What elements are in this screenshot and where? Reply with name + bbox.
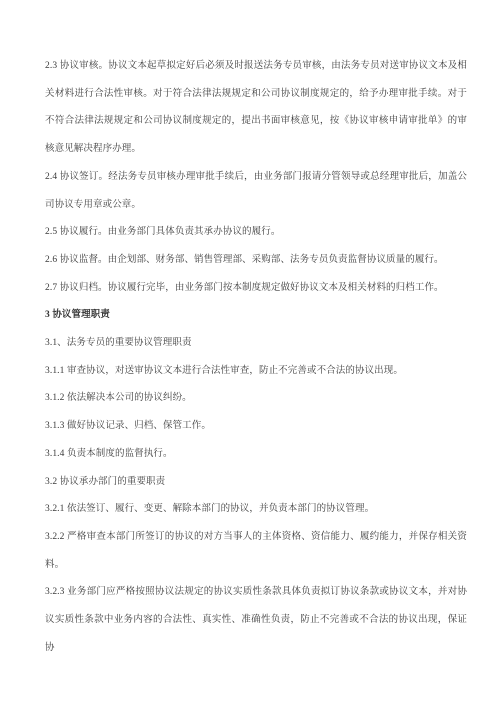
paragraph-3-2-2: 3.2.2 严格审查本部门所签订的协议的对方当事人的主体资格、资信能力、履约能力… <box>45 524 467 579</box>
paragraph-2-7: 2.7 协议归档。协议履行完毕，由业务部门按本制度规定做好协议文本及相关材料的归… <box>45 275 467 303</box>
paragraph-3-1-1: 3.1.1 审查协议，对送审协议文本进行合法性审查，防止不完善或不合法的协议出现… <box>45 358 467 386</box>
paragraph-2-4: 2.4 协议签订。经法务专员审核办理审批手续后，由业务部门报请分管领导或总经理审… <box>45 164 467 219</box>
paragraph-3-2-3: 3.2.3 业务部门应严格按照协议法规定的协议实质性条款具体负责拟订协议条款或协… <box>45 579 467 662</box>
paragraph-2-5: 2.5 协议履行。由业务部门具体负责其承办协议的履行。 <box>45 219 467 247</box>
document-content: 2.3 协议审核。协议文本起草拟定好后必须及时报送法务专员审核，由法务专员对送审… <box>45 53 467 662</box>
paragraph-3-2: 3.2 协议承办部门的重要职责 <box>45 469 467 497</box>
document-page: 2.3 协议审核。协议文本起草拟定好后必须及时报送法务专员审核，由法务专员对送审… <box>0 0 500 707</box>
section-heading-3: 3 协议管理职责 <box>45 302 467 330</box>
paragraph-2-3: 2.3 协议审核。协议文本起草拟定好后必须及时报送法务专员审核，由法务专员对送审… <box>45 53 467 164</box>
paragraph-2-6: 2.6 协议监督。由企划部、财务部、销售管理部、采购部、法务专员负责监督协议质量… <box>45 247 467 275</box>
paragraph-3-1-3: 3.1.3 做好协议记录、归档、保管工作。 <box>45 413 467 441</box>
paragraph-3-1-2: 3.1.2 依法解决本公司的协议纠纷。 <box>45 385 467 413</box>
paragraph-3-1: 3.1、法务专员的重要协议管理职责 <box>45 330 467 358</box>
paragraph-3-1-4: 3.1.4 负责本制度的监督执行。 <box>45 441 467 469</box>
paragraph-3-2-1: 3.2.1 依法签订、履行、变更、解除本部门的协议，并负责本部门的协议管理。 <box>45 496 467 524</box>
